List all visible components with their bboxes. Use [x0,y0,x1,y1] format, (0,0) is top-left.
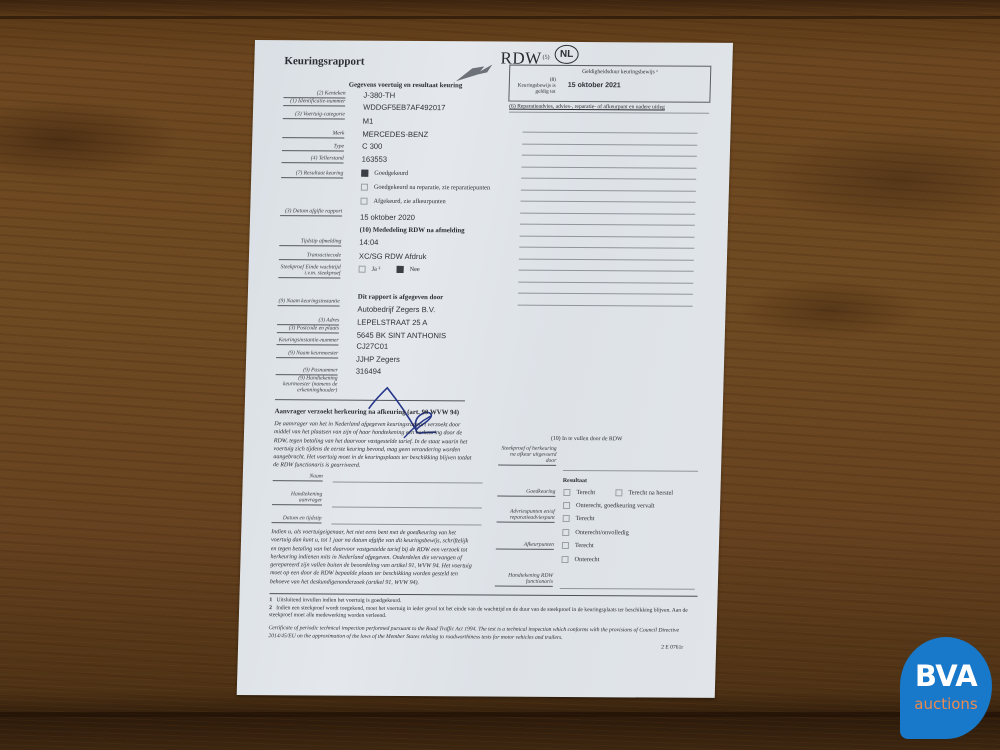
option-text: Terecht [576,489,595,496]
checkbox-icon [563,502,570,509]
label-handtekening: (9) Handtekening keurmeester (namens de … [275,375,338,394]
label-keuringsinstantie: (9) Naam keuringsinstantie [278,298,340,306]
rdw-logo-icon [454,61,497,83]
section-afgegeven-heading: Dit rapport is afgegeven door [358,294,444,302]
option-text: Nee [410,266,420,273]
option-text: Terecht [575,542,594,549]
advice-heading: (6) Reparatieadvies, advies-, reparatie-… [509,104,665,111]
label-categorie: (3) Voertuig-categorie [283,111,345,119]
checkbox-icon [615,489,622,496]
footnote-number: 2 [269,605,272,611]
watermark-subtitle: auctions [900,695,992,713]
option-text: Onterecht, goedkeuring vervalt [576,502,655,509]
option-text: Onterecht/onvolledig [575,529,629,536]
label-result: (7) Resultaat keuring [281,170,343,178]
value-categorie: M1 [363,117,374,126]
result-option-1: Goedgekeurd na reparatie, zie reparatiep… [361,184,490,192]
checkbox-icon [361,170,368,177]
rule [521,201,696,203]
label-datum-tijdstip: Datum en tijdstip [272,515,322,523]
label-handtekening-rdw: Handtekening RDW functionaris [495,573,553,587]
validity-date: 15 oktober 2021 [568,82,621,89]
rule [519,247,694,249]
value-postcode: 5645 BK SINT ANTHONIS [357,331,447,341]
checkbox-icon [563,515,570,522]
rule [563,470,698,472]
checkbox-icon [561,556,568,563]
value-type: C 300 [362,142,383,151]
footnote-text: Uitsluitend invullen indien het voertuig… [276,597,401,604]
label-adviespunten: Advriespunten en/of reparatieadviespunt [497,509,555,523]
section-vehicle-heading: Gegevens voertuig en resultaat keuring [349,82,463,90]
value-merk: MERCEDES-BENZ [362,130,428,139]
herkeuring-heading: Aanvrager verzoekt herkeuring na afkeuri… [275,408,460,416]
validity-label: (8) Keuringsbewijs is geldig tot [516,77,557,95]
rule [519,258,694,260]
advies-opt-onterecht: Onterecht/onvolledig [562,529,629,536]
label-instantienummer: Keuringsinstantie-nummer [276,337,338,345]
label-naam: Naam [273,473,323,481]
option-text: Afgekeurd, zie afkeurpunten [373,198,445,205]
form-code: 2 E 0761r [661,645,683,653]
result-option-2: Afgekeurd, zie afkeurpunten [360,198,445,206]
footnote-2: 2 Indien een steekproef wordt toegekend,… [269,605,689,623]
value-tijdstip: 14:04 [359,238,378,247]
watermark-brand: BVA [900,659,992,693]
goedkeuring-opt-herstel: Terecht na herstel [615,489,673,496]
value-datum: 15 oktober 2020 [360,213,415,222]
herkeuring-note: Indien u, als voertuigeigenaar, het niet… [270,528,475,587]
rule [518,281,693,283]
checkbox-icon [361,184,368,191]
herkeuring-text: De aanvrager van het in Nederland afgege… [273,420,474,471]
inspection-report-document: Keuringsrapport RDW (5) NL Geldigheidsdu… [237,40,733,698]
rule [519,270,694,272]
rule [560,588,695,590]
footnotes: 1 Uitsluitend invullen indien het voertu… [269,597,690,622]
label-handtekening-aanvrager: Handtekening aanvrager [272,491,322,505]
checkbox-icon [360,198,367,205]
value-tellerstand: 163553 [362,155,388,164]
checkbox-icon [397,266,404,273]
option-text: Ja ² [372,266,381,273]
validity-box: Geldigheidsduur keuringsbewijs ¹ (8) Keu… [508,65,711,103]
label-tijdstip: Tijdstip afmelding [279,238,341,246]
certificate-text: Certificate of periodic technical inspec… [268,625,688,643]
result-option-0: Goedgekeurd [361,170,408,177]
checkbox-icon [562,542,569,549]
rule [518,293,693,295]
steekproef-option-1: Nee [397,266,420,273]
advies-opt-terecht: Terecht [563,515,595,522]
value-adres: LEPELSTRAAT 25 A [357,318,427,327]
rule [518,304,693,306]
value-identificatienummer: WDDGF5EB7AF492017 [363,103,446,113]
rule [332,507,482,509]
checkbox-icon [359,266,366,273]
rule [333,482,483,484]
value-instantienummer: CJ27C01 [356,342,388,351]
rule [522,155,697,157]
validity-header: Geldigheidsduur keuringsbewijs ¹ [582,69,658,75]
label-type: Type [282,143,344,151]
value-keurmeester: JJHP Zegers [356,355,400,364]
label-steekproef: Steekproef Einde wachttijd i.v.m. steekp… [278,264,340,278]
option-text: Terecht [576,515,595,522]
label-identificatienummer: (1) Identificatie-nummer [283,98,345,106]
label-transactiecode: Transactiecode [279,252,341,260]
value-kenteken: J-380-TH [363,91,395,100]
country-badge: NL [554,45,579,64]
option-text: Goedgekeurd [374,170,408,177]
rdw-resultaat: Resultaat [563,478,588,484]
label-postcode: (3) Postcode en plaats [277,325,339,333]
option-text: Terecht na herstel [628,489,673,496]
steekproef-option-0: Ja ² [359,266,381,273]
label-keurmeester: (9) Naam keurmeester [276,350,338,358]
option-text: Goedgekeurd na reparatie, zie reparatiep… [374,184,490,192]
afkeur-opt-terecht: Terecht [562,542,594,549]
rule [520,212,695,214]
rule [521,178,696,180]
goedkeuring-opt-terecht: Terecht [563,489,595,496]
checkbox-icon [562,529,569,536]
label-merk: Merk [282,130,344,138]
rule [520,235,695,237]
option-text: Onterecht [574,556,599,563]
rule [331,524,481,526]
country-note: (5) [542,55,549,61]
value-keuringsinstantie: Autobedrijf Zegers B.V. [357,305,435,314]
label-datum: (3) Datum afgifte rapport [280,208,342,216]
goedkeuring-opt-onterecht: Onterecht, goedkeuring vervalt [563,502,655,510]
footnote-text: Indien een steekproef wordt toegekend, m… [269,605,688,619]
label-rdw-steekproef: Steekproef of herkeuring na afkeur uitge… [498,446,557,466]
label-goedkeuring: Goedkeuring [497,489,555,497]
bva-auctions-watermark: BVA auctions [900,637,992,739]
rule [520,224,695,226]
footnote-number: 1 [269,597,272,603]
divider [270,593,698,597]
section-melding-heading: (10) Mededeling RDW na afmelding [360,227,465,235]
rule [522,132,697,134]
wood-board-seam [0,712,1000,717]
rule [521,166,696,168]
advice-lines [285,40,733,43]
rule [509,112,709,114]
label-afkeurpunten: Afkeurpunten [496,542,554,550]
afkeur-opt-onterecht: Onterecht [561,556,599,563]
wood-board-seam [0,16,1000,19]
checkbox-icon [563,489,570,496]
value-pasnummer: 316494 [356,367,382,376]
label-tellerstand: (4) Tellerstand [282,155,344,163]
rdw-section-heading: (10) In te vullen door de RDW [551,436,623,442]
document-title: Keuringsrapport [284,55,364,67]
rule [521,189,696,191]
value-transactiecode: XC/SG RDW Afdruk [359,252,427,261]
rule [522,143,697,145]
